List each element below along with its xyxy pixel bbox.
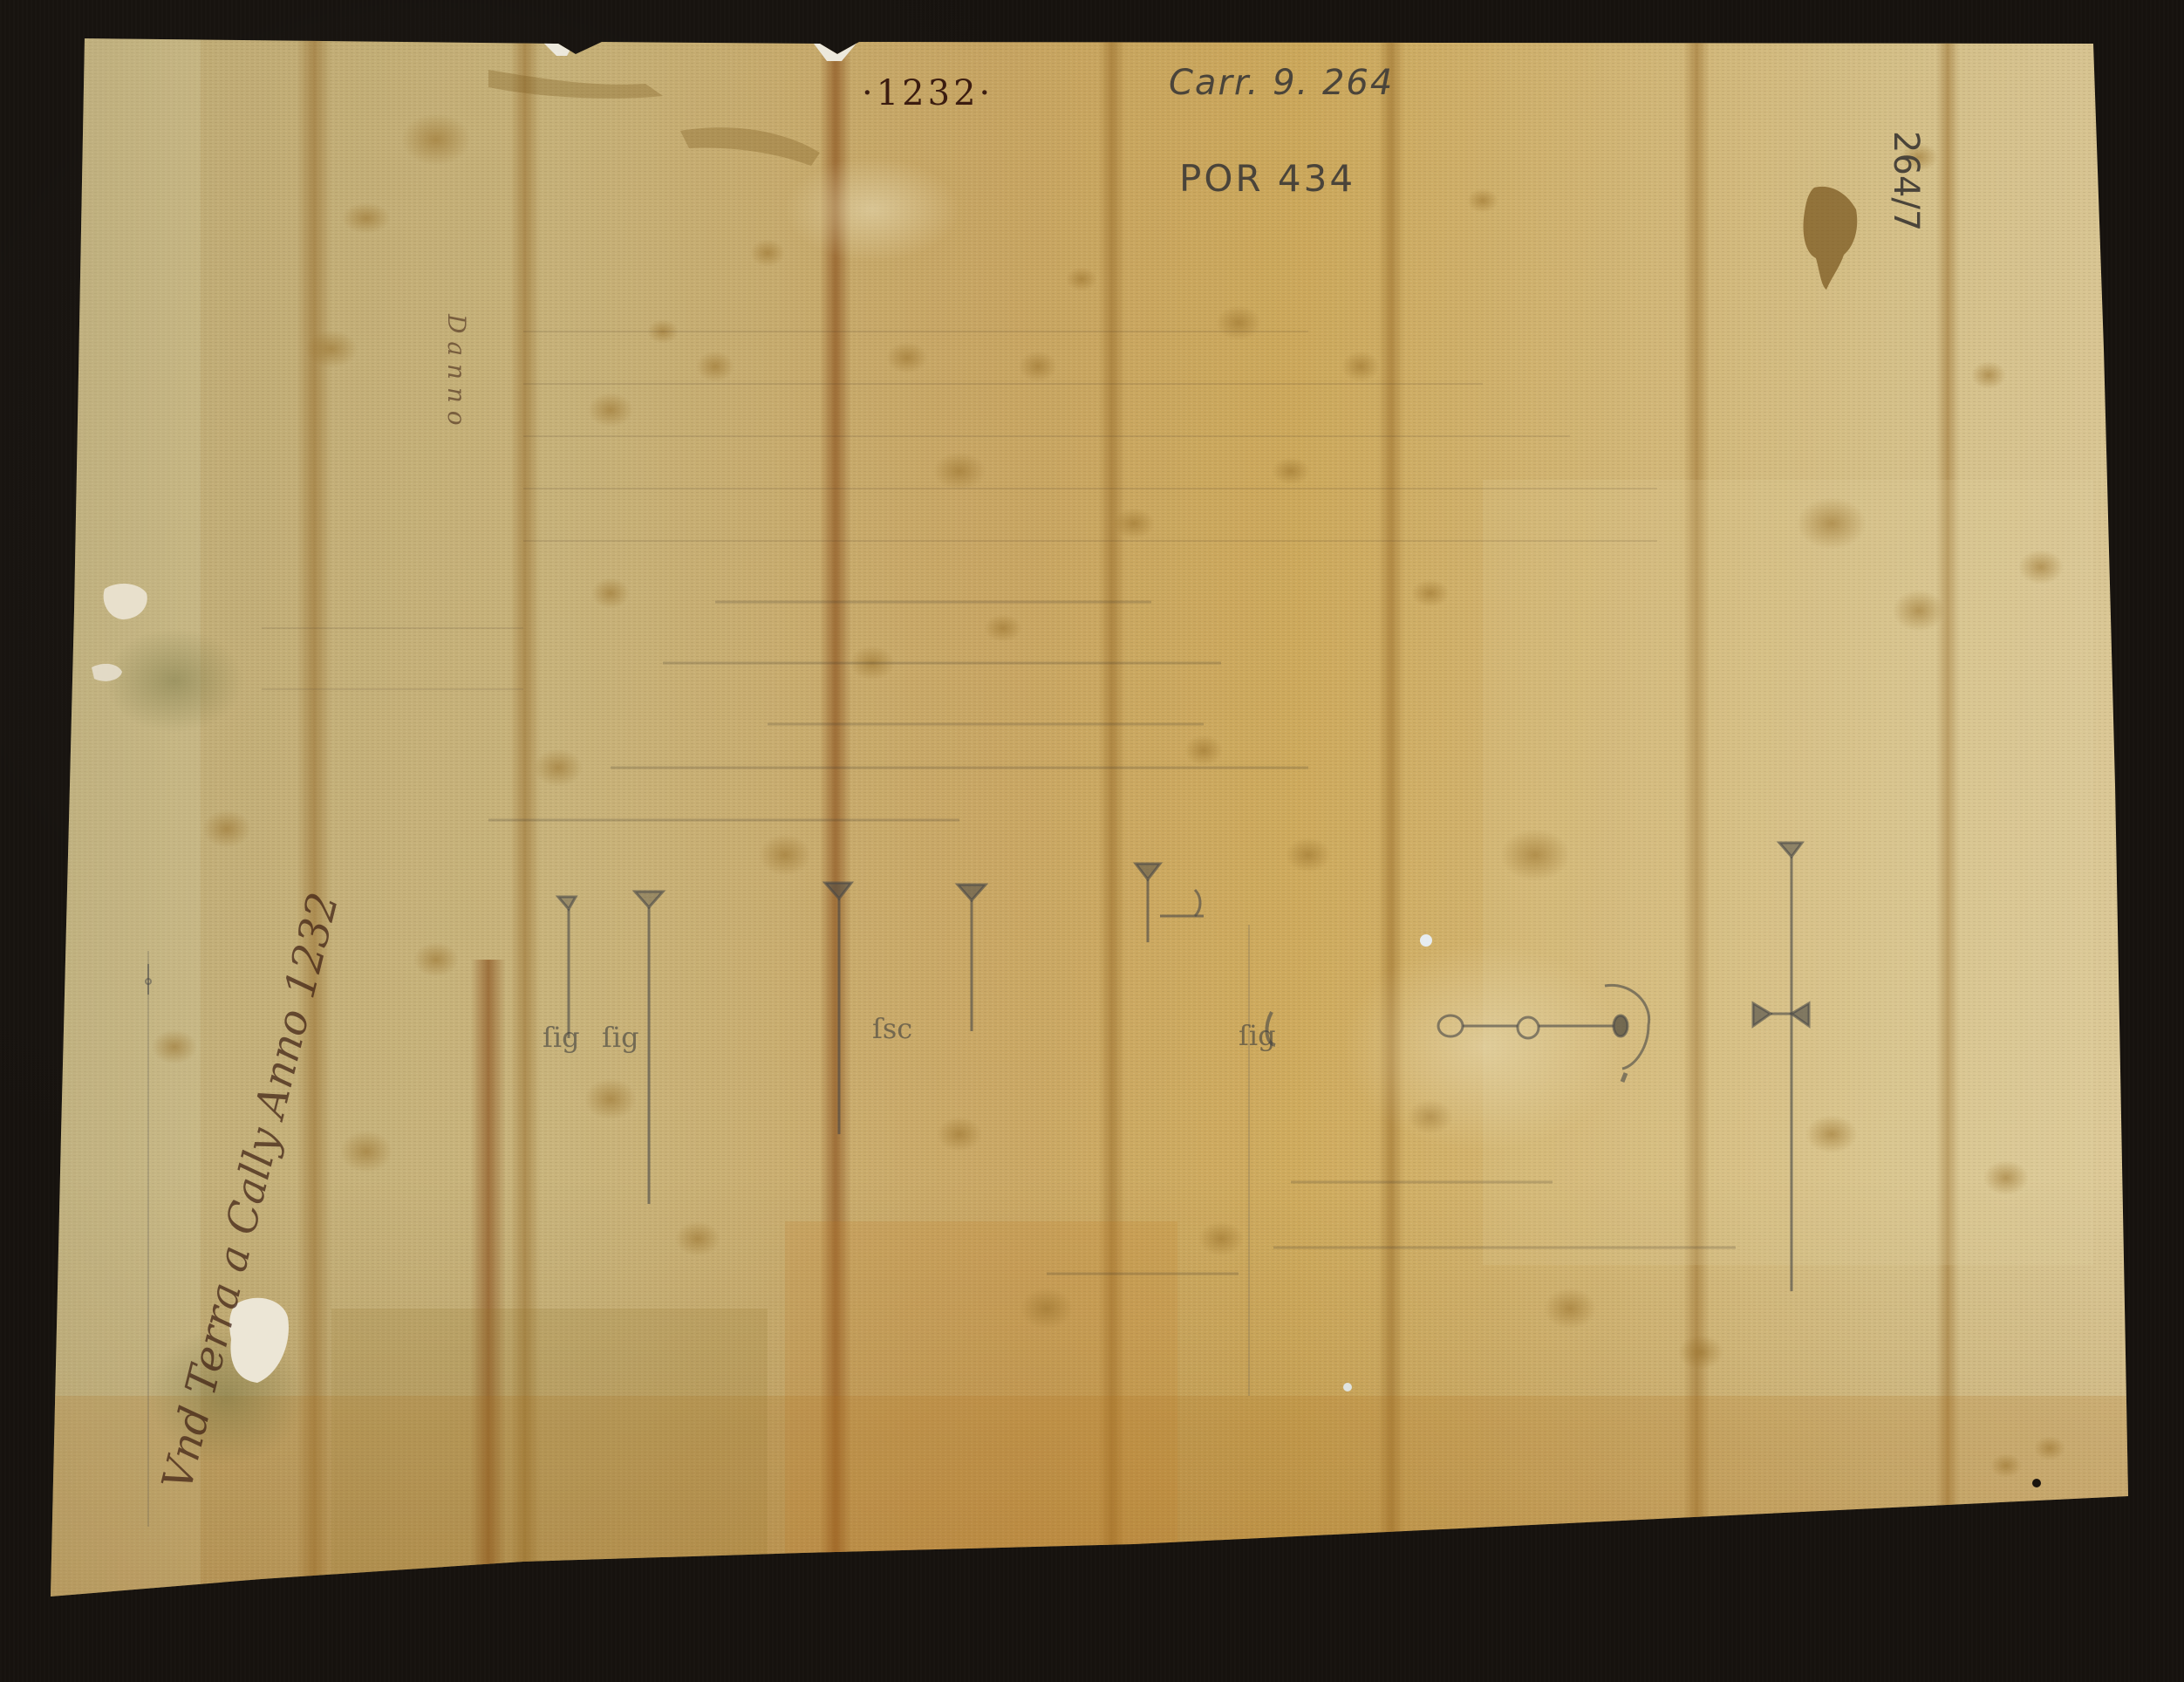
corner-number: 264/7 bbox=[1886, 131, 1926, 231]
faint-vertical-note: D a n n o bbox=[442, 314, 471, 426]
signum-text-2: ſig bbox=[602, 1021, 639, 1054]
signum-text-3: ſsc bbox=[872, 1012, 912, 1045]
signum-text-4: ſig bbox=[1239, 1019, 1276, 1052]
signum-text-1: ſig bbox=[543, 1021, 580, 1054]
date-annotation-top: ·1232· bbox=[862, 73, 993, 113]
shelfmark-line-2: POR 434 bbox=[1179, 157, 1355, 200]
shelfmark-line-1: Carr. 9. 264 bbox=[1169, 63, 1394, 103]
parchment-sheet: ſig ſig ſsc ſig bbox=[0, 0, 2184, 1682]
